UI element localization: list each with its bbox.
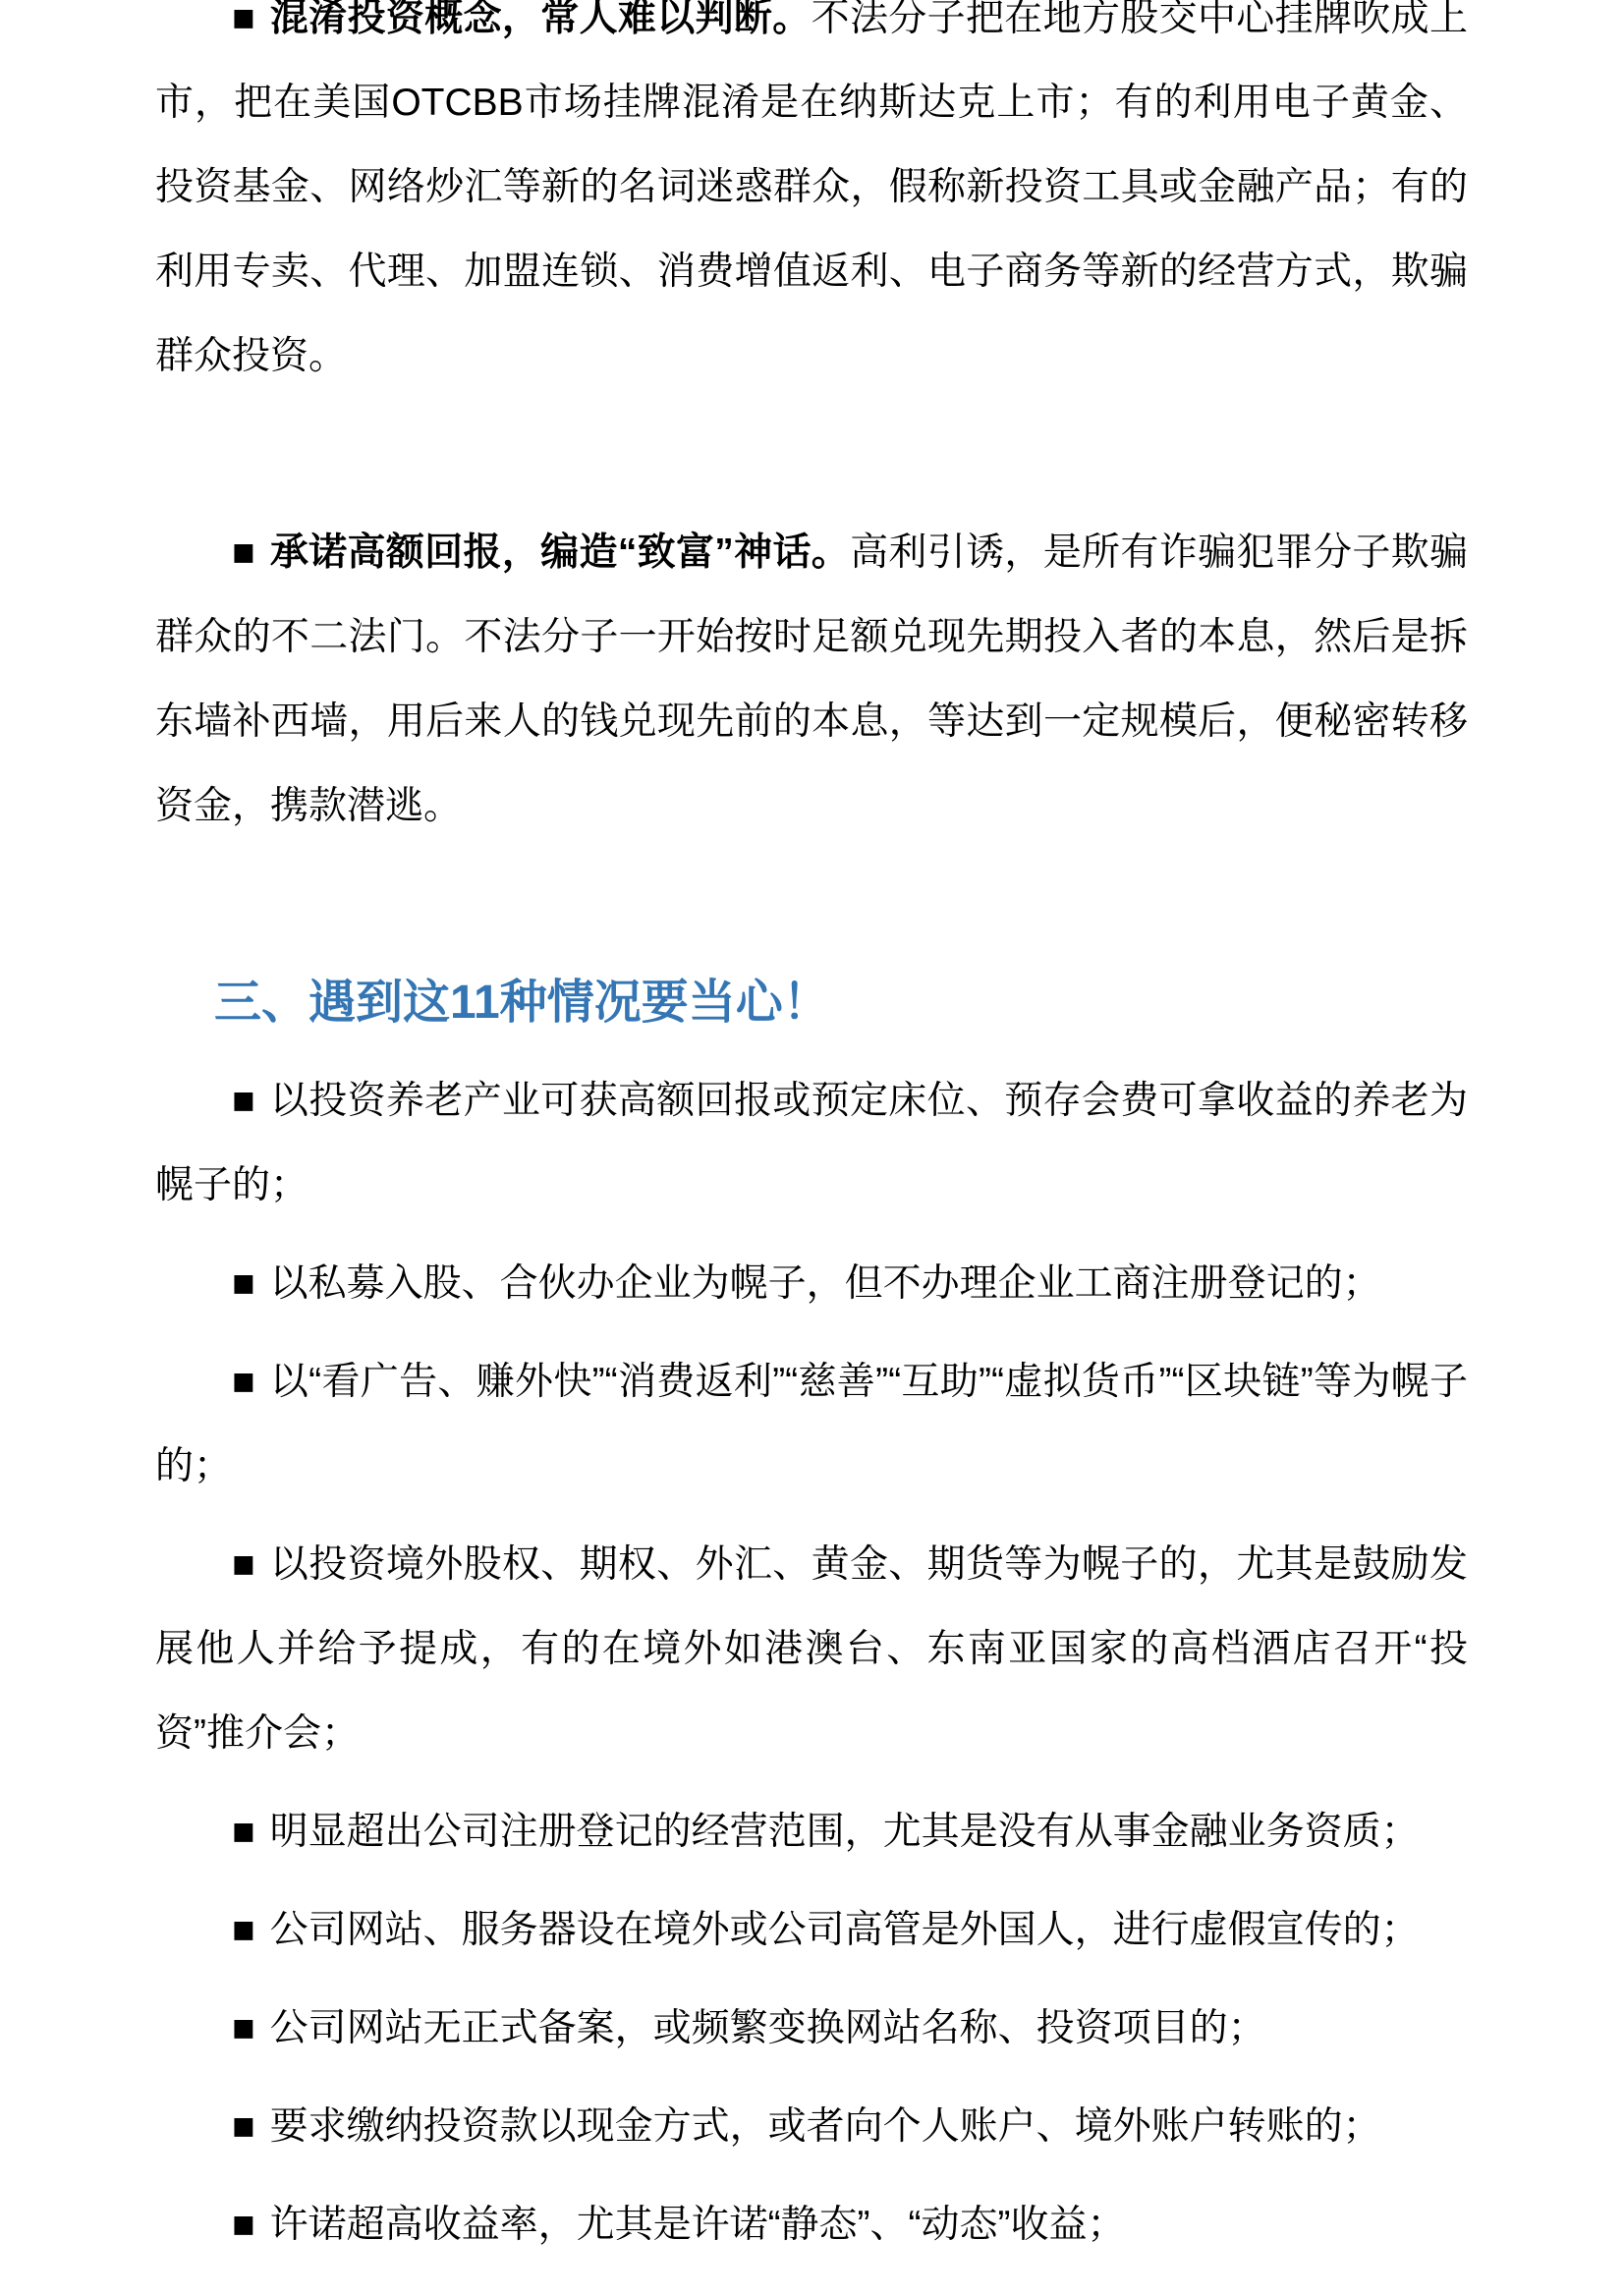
warning-item-text: 公司网站、服务器设在境外或公司高管是外国人，进行虚假宣传的； — [270, 1909, 1420, 1951]
square-bullet-icon: ■ — [232, 1080, 255, 1122]
paragraph-lead-text: 混淆投资概念，常人难以判断。 — [270, 0, 812, 39]
warning-item-text: 许诺超高收益率，尤其是许诺“静态”、“动态”收益； — [270, 2204, 1126, 2246]
warning-item-3: ■以“看广告、赚外快”“消费返利”“慈善”“互助”“虚拟货币”“区块链”等为幌子… — [155, 1340, 1468, 1509]
square-bullet-icon: ■ — [232, 1543, 255, 1586]
paragraph-lead: ■混淆投资概念，常人难以判断。 — [232, 0, 812, 39]
square-bullet-icon: ■ — [232, 532, 255, 574]
warning-item-6: ■公司网站、服务器设在境外或公司高管是外国人，进行虚假宣传的； — [155, 1888, 1468, 1973]
warning-item-text: 公司网站无正式备案，或频繁变换网站名称、投资项目的； — [270, 2007, 1266, 2049]
paragraph-lead: ■承诺高额回报，编造“致富”神话。 — [232, 532, 850, 574]
warning-item-text: 要求缴纳投资款以现金方式，或者向个人账户、境外账户转账的； — [270, 2105, 1381, 2148]
article-body: ■混淆投资概念，常人难以判断。不法分子把在地方股交中心挂牌吹成上市，把在美国OT… — [155, 0, 1468, 2268]
paragraph-fraud-tactic-returns: ■承诺高额回报，编造“致富”神话。高利引诱，是所有诈骗犯罪分子欺骗群众的不二法门… — [155, 511, 1468, 849]
empty-line — [155, 413, 1468, 497]
warning-item-4: ■以投资境外股权、期权、外汇、黄金、期货等为幌子的，尤其是鼓励发展他人并给予提成… — [155, 1523, 1468, 1776]
warning-item-8: ■要求缴纳投资款以现金方式，或者向个人账户、境外账户转账的； — [155, 2085, 1468, 2169]
warning-item-7: ■公司网站无正式备案，或频繁变换网站名称、投资项目的； — [155, 1987, 1468, 2071]
warning-item-text: 明显超出公司注册登记的经营范围，尤其是没有从事金融业务资质； — [270, 1811, 1420, 1853]
paragraph-body-text: 高利引诱，是所有诈骗犯罪分子欺骗群众的不二法门。不法分子一开始按时足额兑现先期投… — [155, 532, 1468, 827]
warning-item-text: 以私募入股、合伙办企业为幌子，但不办理企业工商注册登记的； — [270, 1262, 1381, 1305]
square-bullet-icon: ■ — [232, 1361, 255, 1403]
square-bullet-icon: ■ — [232, 1909, 255, 1951]
warning-item-text: 以“看广告、赚外快”“消费返利”“慈善”“互助”“虚拟货币”“区块链”等为幌子的… — [155, 1361, 1468, 1487]
warning-item-1: ■以投资养老产业可获高额回报或预定床位、预存会费可拿收益的养老为幌子的； — [155, 1059, 1468, 1228]
warning-item-2: ■以私募入股、合伙办企业为幌子，但不办理企业工商注册登记的； — [155, 1242, 1468, 1326]
square-bullet-icon: ■ — [232, 2105, 255, 2148]
square-bullet-icon: ■ — [232, 1811, 255, 1853]
warning-item-9: ■许诺超高收益率，尤其是许诺“静态”、“动态”收益； — [155, 2183, 1468, 2268]
warning-item-5: ■明显超出公司注册登记的经营范围，尤其是没有从事金融业务资质； — [155, 1790, 1468, 1875]
warning-item-text: 以投资养老产业可获高额回报或预定床位、预存会费可拿收益的养老为幌子的； — [155, 1080, 1468, 1206]
square-bullet-icon: ■ — [232, 1262, 255, 1305]
square-bullet-icon: ■ — [232, 2204, 255, 2246]
square-bullet-icon: ■ — [232, 2007, 255, 2049]
paragraph-lead-text: 承诺高额回报，编造“致富”神话。 — [270, 532, 850, 574]
paragraph-body-text: 不法分子把在地方股交中心挂牌吹成上市，把在美国OTCBB市场挂牌混淆是在纳斯达克… — [155, 0, 1468, 377]
empty-line — [155, 863, 1468, 947]
warning-item-text: 以投资境外股权、期权、外汇、黄金、期货等为幌子的，尤其是鼓励发展他人并给予提成，… — [155, 1543, 1468, 1755]
paragraph-fraud-tactic-concept: ■混淆投资概念，常人难以判断。不法分子把在地方股交中心挂牌吹成上市，把在美国OT… — [155, 0, 1468, 399]
section-heading: 三、遇到这11种情况要当心！ — [155, 961, 1468, 1045]
square-bullet-icon: ■ — [232, 0, 255, 39]
